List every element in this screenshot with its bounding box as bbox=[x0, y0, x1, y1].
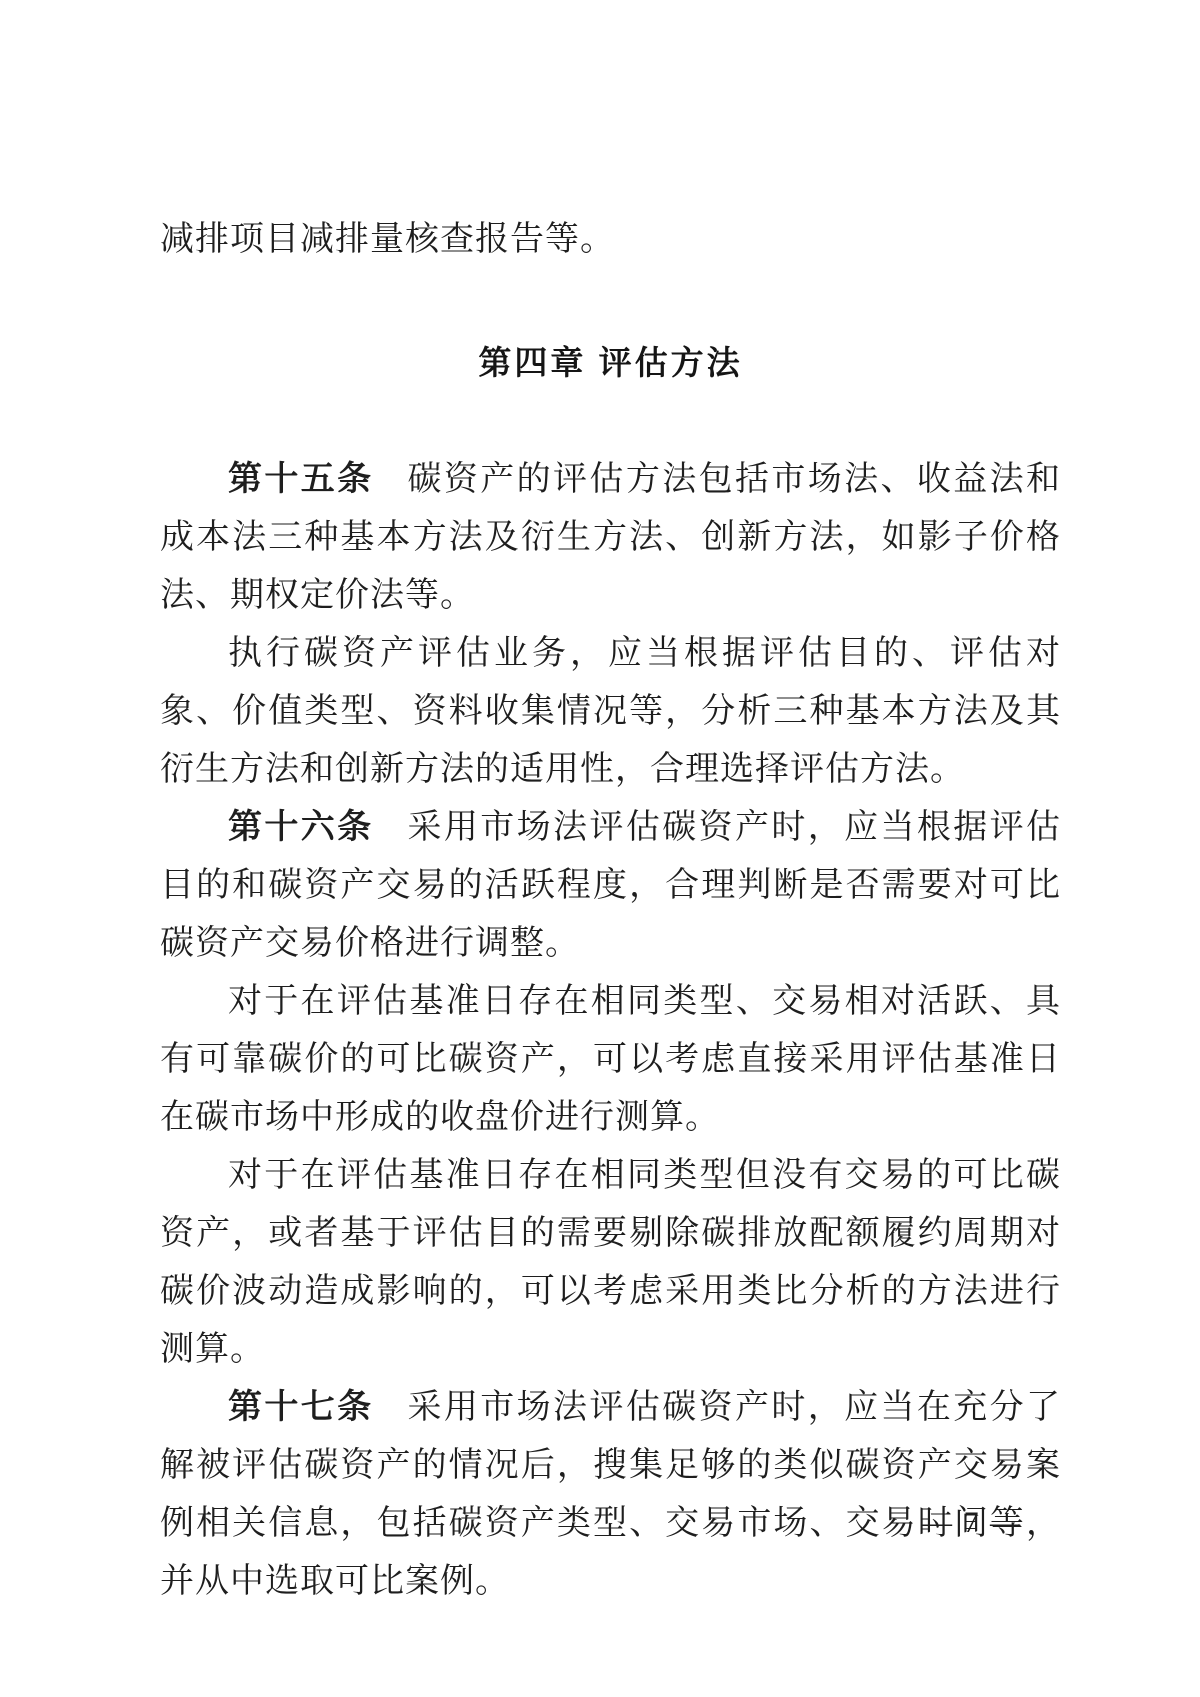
paragraph-article-17: 第十七条采用市场法评估碳资产时，应当在充分了解被评估碳资产的情况后，搜集足够的类… bbox=[160, 1379, 1061, 1611]
article-16-label: 第十六条 bbox=[228, 809, 374, 846]
article-17-label: 第十七条 bbox=[228, 1389, 374, 1426]
paragraph-continuation: 减排项目减排量核查报告等。 bbox=[160, 211, 1061, 269]
paragraph-article-16: 第十六条采用市场法评估碳资产时，应当根据评估目的和碳资产交易的活跃程度，合理判断… bbox=[160, 799, 1061, 973]
page-footer: — 7 — bbox=[922, 1506, 1022, 1540]
document-page: 减排项目减排量核查报告等。 第四章 评估方法 第十五条碳资产的评估方法包括市场法… bbox=[0, 0, 1200, 1697]
page-number: — 7 — bbox=[922, 1506, 1022, 1539]
chapter-heading: 第四章 评估方法 bbox=[160, 339, 1061, 387]
paragraph-article-16-sub-1: 对于在评估基准日存在相同类型、交易相对活跃、具有可靠碳价的可比碳资产，可以考虑直… bbox=[160, 973, 1061, 1147]
document-body: 减排项目减排量核查报告等。 第四章 评估方法 第十五条碳资产的评估方法包括市场法… bbox=[160, 211, 1061, 1611]
paragraph-article-15: 第十五条碳资产的评估方法包括市场法、收益法和成本法三种基本方法及衍生方法、创新方… bbox=[160, 451, 1061, 625]
paragraph-article-16-sub-2: 对于在评估基准日存在相同类型但没有交易的可比碳资产，或者基于评估目的需要剔除碳排… bbox=[160, 1147, 1061, 1379]
article-15-label: 第十五条 bbox=[228, 461, 374, 498]
paragraph-article-15-sub: 执行碳资产评估业务，应当根据评估目的、评估对象、价值类型、资料收集情况等，分析三… bbox=[160, 625, 1061, 799]
